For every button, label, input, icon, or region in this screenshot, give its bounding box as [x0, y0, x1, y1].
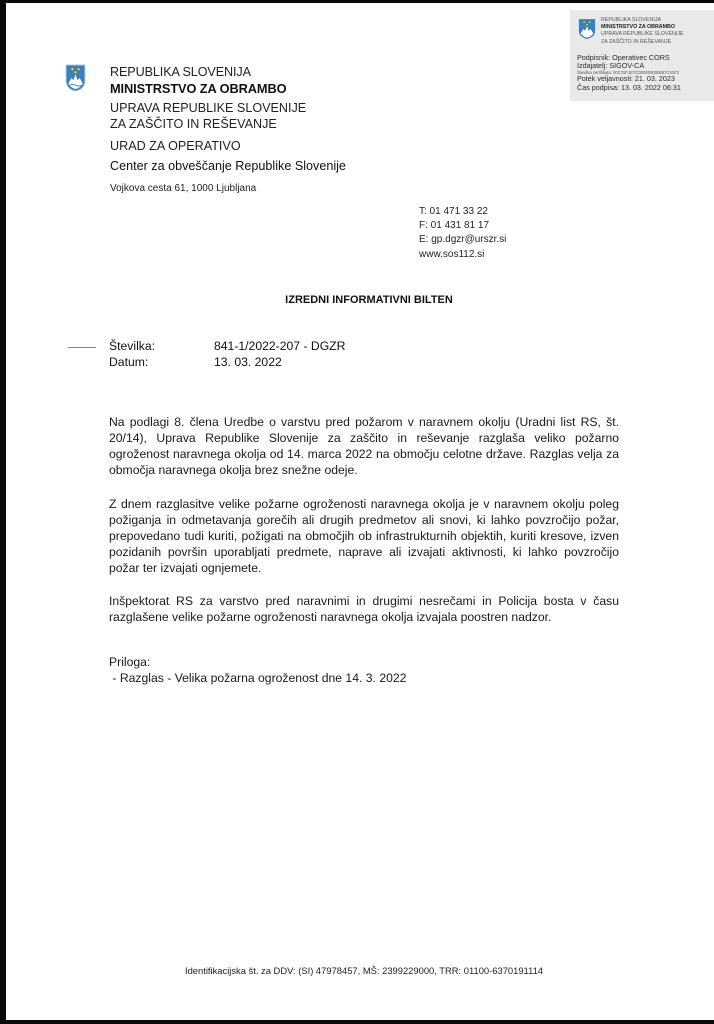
document-number-row: Številka:841-1/2022-207 - DGZR: [109, 338, 345, 354]
document-date-row: Datum:13. 03. 2022: [109, 354, 345, 370]
contact-website[interactable]: www.sos112.si: [419, 248, 506, 262]
attachment-label: Priloga:: [109, 654, 406, 670]
contact-block: T: 01 471 33 22 F: 01 431 81 17 E: gp.dg…: [419, 205, 506, 262]
stamp-issuer: Izdajatelj: SIGOV-CA: [577, 62, 681, 70]
document-title: IZREDNI INFORMATIVNI BILTEN: [6, 294, 714, 306]
margin-mark: [68, 347, 96, 348]
header-address: Vojkova cesta 61, 1000 Ljubljana: [110, 183, 256, 194]
body-paragraph: Z dnem razglasitve velike požarne ogrože…: [109, 496, 619, 576]
header-center: Center za obveščanje Republike Slovenije: [110, 159, 346, 173]
contact-fax: F: 01 431 81 17: [419, 219, 506, 233]
contact-phone: T: 01 471 33 22: [419, 205, 506, 219]
attachment-section: Priloga: - Razglas - Velika požarna ogro…: [109, 654, 406, 686]
coat-of-arms-icon: [578, 18, 596, 40]
document-meta: Številka:841-1/2022-207 - DGZR Datum:13.…: [109, 338, 345, 370]
header-office: URAD ZA OPERATIVO: [110, 139, 241, 153]
stamp-organization: REPUBLIKA SLOVENIJA MINISTRSTVO ZA OBRAM…: [601, 17, 684, 46]
body-paragraph: Inšpektorat RS za varstvo pred naravnimi…: [109, 593, 619, 625]
stamp-info: Podpisnik: Operativec CORS Izdajatelj: S…: [577, 54, 681, 92]
header-administration: UPRAVA REPUBLIKE SLOVENIJE ZA ZAŠČITO IN…: [110, 101, 306, 132]
document-page: REPUBLIKA SLOVENIJA MINISTRSTVO ZA OBRAM…: [6, 3, 714, 1020]
header-ministry: MINISTRSTVO ZA OBRAMBO: [110, 81, 286, 96]
footer-legal-info: Identifikacijska št. za DDV: (SI) 479784…: [6, 965, 714, 976]
attachment-item: - Razglas - Velika požarna ogroženost dn…: [109, 670, 406, 686]
signature-stamp: REPUBLIKA SLOVENIJA MINISTRSTVO ZA OBRAM…: [570, 10, 714, 101]
contact-email[interactable]: E: gp.dgzr@urszr.si: [419, 233, 506, 247]
coat-of-arms-icon: [65, 64, 86, 92]
body-paragraph: Na podlagi 8. člena Uredbe o varstvu pre…: [109, 414, 619, 478]
stamp-signed-at: Čas podpisa: 13. 03. 2022 06:31: [577, 84, 681, 92]
header-country: REPUBLIKA SLOVENIJA: [110, 65, 251, 79]
